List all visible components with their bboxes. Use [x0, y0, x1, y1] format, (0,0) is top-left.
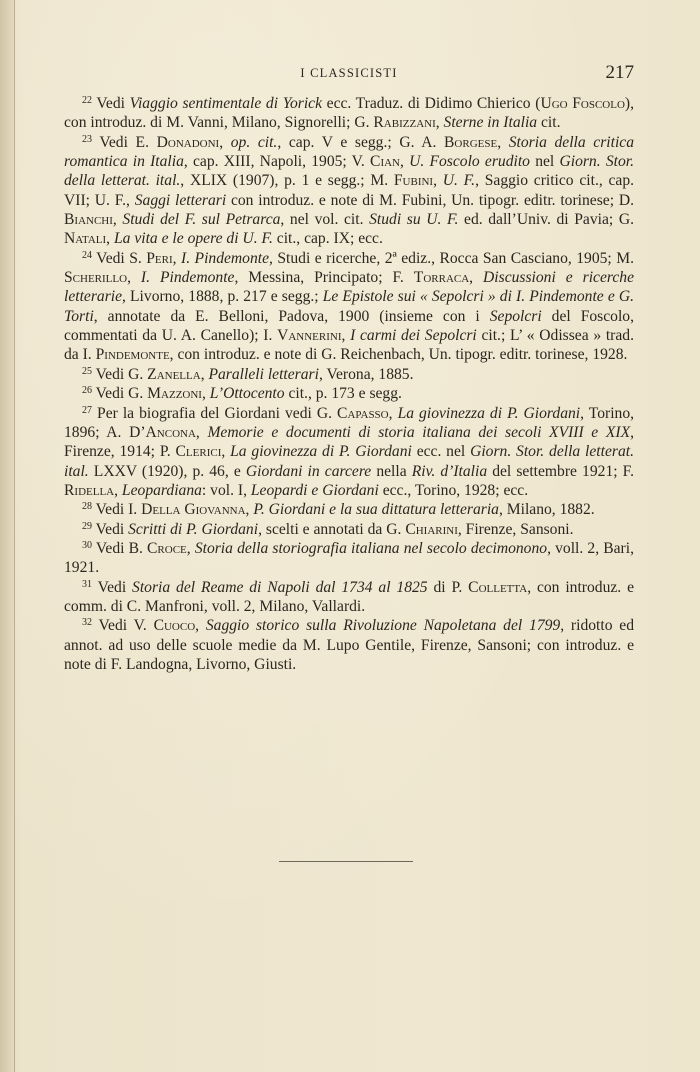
- footnote: 27 Per la biografia del Giordani vedi G.…: [64, 404, 634, 501]
- text-run: ,: [221, 443, 230, 460]
- text-run: ,: [113, 211, 123, 228]
- text-run: , Verona, 1885.: [319, 366, 414, 383]
- text-run: ,: [127, 269, 141, 286]
- footnote: 22 Vedi Viaggio sentimentale di Yorick e…: [64, 94, 634, 133]
- text-run: : vol. I,: [202, 482, 251, 499]
- text-run: ,: [342, 327, 351, 344]
- author-name: Croce: [147, 540, 187, 557]
- italic-title: Leopardi e Giordani: [251, 482, 379, 499]
- author-name: Della Giovanna: [141, 501, 245, 518]
- running-head: I CLASSICISTI 217: [64, 62, 634, 84]
- footnote-text: Vedi S. Peri, I. Pindemonte, Studi e ric…: [64, 250, 634, 364]
- text-run: con introduz. e note di M. Fubini, Un. t…: [226, 192, 634, 209]
- text-run: ,: [219, 134, 231, 151]
- text-run: ecc. Traduz. di Didimo Chierico (: [322, 95, 540, 112]
- footnote-text: Vedi G. Zanella, Paralleli letterari, Ve…: [96, 366, 414, 383]
- italic-title: Storia del Reame di Napoli dal 1734 al 1…: [132, 579, 428, 596]
- text-run: di P.: [428, 579, 469, 596]
- italic-title: I carmi dei Sepolcri: [350, 327, 477, 344]
- text-run: cit., p. 173 e segg.: [285, 385, 402, 402]
- footnote: 28 Vedi I. Della Giovanna, P. Giordani e…: [64, 500, 634, 519]
- text-run: Vedi I.: [96, 501, 141, 518]
- italic-title: La giovinezza di P. Gior­dani: [398, 405, 581, 422]
- footnote-text: Vedi G. Mazzoni, L’Ottocento cit., p. 17…: [96, 385, 402, 402]
- author-name: Cuoco: [154, 617, 196, 634]
- footnote-text: Vedi B. Croce, Storia della storiografia…: [64, 540, 634, 576]
- text-run: Vedi G.: [96, 366, 148, 383]
- text-run: Vedi S.: [96, 250, 146, 267]
- author-name: Ugo Foscolo: [540, 95, 624, 112]
- author-name: Pindemonte: [96, 346, 170, 363]
- footnote-text: Vedi Viaggio sentimentale di Yorick ecc.…: [64, 95, 634, 131]
- text-run: cit.: [537, 114, 560, 131]
- author-name: Fu­bini: [394, 172, 433, 189]
- footnote-number: 31: [82, 579, 92, 590]
- footnote-text: Vedi V. Cuoco, Saggio storico sulla Rivo…: [64, 617, 634, 673]
- text-run: ,: [187, 540, 195, 557]
- running-title: I CLASSICISTI: [64, 66, 634, 81]
- author-name: Chiarini: [405, 521, 458, 538]
- text-run: Vedi: [98, 579, 132, 596]
- author-name: Colletta: [468, 579, 527, 596]
- footnote: 24 Vedi S. Peri, I. Pindemonte, Studi e …: [64, 249, 634, 365]
- author-name: Van­nerini: [277, 327, 341, 344]
- author-name: D’Ancona: [129, 424, 196, 441]
- footnote-number: 25: [82, 366, 92, 377]
- text-run: , scelti e annotati da G.: [258, 521, 405, 538]
- footnote-text: Per la biografia del Giordani vedi G. Ca…: [64, 405, 634, 499]
- footnote: 32 Vedi V. Cuoco, Saggio storico sulla R…: [64, 616, 634, 674]
- italic-title: U. F.: [443, 172, 475, 189]
- italic-title: Studi del F. sul Petrarca: [122, 211, 280, 228]
- italic-title: Paralleli letterari: [208, 366, 318, 383]
- text-run: ,: [202, 385, 210, 402]
- text-run: nel: [530, 153, 559, 170]
- footnote: 29 Vedi Scritti di P. Giordani, scelti e…: [64, 520, 634, 539]
- author-name: Borgese: [444, 134, 497, 151]
- author-name: Scherillo: [64, 269, 127, 286]
- text-run: , annotate da E. Belloni, Padova, 1900 (…: [94, 308, 490, 325]
- text-run: Vedi V.: [99, 617, 154, 634]
- footnote-number: 27: [82, 405, 92, 416]
- italic-title: op. cit.: [231, 134, 278, 151]
- text-run: Vedi G.: [96, 385, 148, 402]
- footnote-text: Vedi E. Donadoni, op. cit., cap. V e seg…: [64, 134, 634, 248]
- text-run: Per la biografia del Giordani vedi G.: [97, 405, 337, 422]
- footnote: 25 Vedi G. Zanella, Paralleli letterari,…: [64, 365, 634, 384]
- author-name: Cian: [370, 153, 400, 170]
- italic-title: P. Giordani e la sua dittatura letterari…: [253, 501, 499, 518]
- text-run: ecc. nel: [412, 443, 470, 460]
- author-name: Torraca: [414, 269, 469, 286]
- footnote-number: 26: [82, 385, 92, 396]
- footnote: 31 Vedi Storia del Reame di Napoli dal 1…: [64, 578, 634, 617]
- italic-title: L’Ottocento: [210, 385, 285, 402]
- text-run: , Firenze, Sansoni.: [458, 521, 574, 538]
- author-name: Capasso: [337, 405, 389, 422]
- author-name: Ridella: [64, 482, 114, 499]
- text-run: Vedi E.: [99, 134, 156, 151]
- text-run: ,: [389, 405, 398, 422]
- text-run: , cap. XIII, Napoli, 1905; V.: [184, 153, 370, 170]
- author-name: Zanella: [147, 366, 201, 383]
- italic-title: I. Pindemonte: [141, 269, 235, 286]
- footnote-text: Vedi Scritti di P. Giordani, scelti e an…: [96, 521, 574, 538]
- italic-title: Giordani in carcere: [246, 463, 371, 480]
- text-run: , cap. V e segg.; G. A.: [277, 134, 444, 151]
- italic-title: Studi su U. F.: [369, 211, 458, 228]
- italic-title: Saggio storico sulla Rivoluzione Napolet…: [206, 617, 560, 634]
- text-run: , nel vol. cit.: [280, 211, 369, 228]
- footnote-number: 23: [82, 134, 92, 145]
- text-run: LXXV (1920), p. 46, e: [89, 463, 246, 480]
- text-run: ,: [195, 617, 206, 634]
- end-divider-rule: [279, 861, 413, 862]
- text-run: ,: [497, 134, 509, 151]
- footnotes-list: 22 Vedi Viaggio sentimentale di Yorick e…: [64, 94, 634, 674]
- author-name: Donadoni: [157, 134, 220, 151]
- text-run: ,: [196, 424, 208, 441]
- text-run: nella: [371, 463, 412, 480]
- author-name: Rabizzani: [373, 114, 435, 131]
- italic-title: Scritti di P. Giordani: [128, 521, 258, 538]
- text-run: ,: [114, 482, 122, 499]
- text-run: ,: [173, 250, 181, 267]
- text-run: cit., cap. IX; ecc.: [273, 230, 383, 247]
- book-page: I CLASSICISTI 217 22 Vedi Viaggio sentim…: [0, 0, 700, 1072]
- footnote-number: 28: [82, 501, 92, 512]
- italic-title: Viaggio sentimentale di Yorick: [130, 95, 322, 112]
- italic-title: I. Pindemonte: [181, 250, 269, 267]
- page-number: 217: [606, 62, 635, 84]
- text-run: ecc., Torino, 1928; ecc.: [379, 482, 528, 499]
- footnote-number: 30: [82, 540, 92, 551]
- page-binding-edge: [0, 0, 15, 1072]
- footnote-number: 29: [82, 521, 92, 532]
- author-name: Bianchi: [64, 211, 113, 228]
- italic-title: La giovinezza di P. Gior­dani: [230, 443, 412, 460]
- italic-title: Storia della storiografia italiana nel s…: [195, 540, 547, 557]
- text-run: Vedi: [96, 95, 129, 112]
- author-name: Clerici: [176, 443, 222, 460]
- footnote-number: 32: [82, 617, 92, 628]
- text-run: , Mi­lano, 1882.: [499, 501, 595, 518]
- italic-title: Saggi letterari: [135, 192, 226, 209]
- text-run: ed. dall’Univ. di Pavia; G.: [458, 211, 634, 228]
- text-run: ,: [469, 269, 483, 286]
- footnote: 26 Vedi G. Mazzoni, L’Ottocento cit., p.…: [64, 384, 634, 403]
- italic-title: La vita e le opere di U. F.: [114, 230, 273, 247]
- italic-title: Leopardiana: [122, 482, 202, 499]
- italic-title: Sterne in Italia: [444, 114, 538, 131]
- footnote: 23 Vedi E. Donadoni, op. cit., cap. V e …: [64, 133, 634, 249]
- text-run: del settembre 1921; F.: [487, 463, 634, 480]
- text-run: ,: [400, 153, 409, 170]
- text-run: , con introduz. e note di G. Reichenbach…: [170, 346, 628, 363]
- text-run: , Studi e ricerche, 2ª ediz., Rocca San …: [269, 250, 634, 267]
- text-run: Vedi B.: [96, 540, 147, 557]
- author-name: Peri: [146, 250, 172, 267]
- text-run: , Messina, Principato; F.: [234, 269, 413, 286]
- text-run: ,: [106, 230, 114, 247]
- footnote-number: 22: [82, 95, 92, 106]
- author-name: Natali: [64, 230, 106, 247]
- footnote: 30 Vedi B. Croce, Storia della storiogra…: [64, 539, 634, 578]
- italic-title: Riv. d’Italia: [412, 463, 487, 480]
- text-run: , XLIX (1907), p. 1 e segg.; M.: [180, 172, 394, 189]
- footnote-number: 24: [82, 250, 92, 261]
- text-run: ,: [433, 172, 443, 189]
- text-run: Vedi: [96, 521, 128, 538]
- italic-title: Sepolcri: [490, 308, 542, 325]
- italic-title: U. Foscolo erudito: [409, 153, 530, 170]
- text-run: ,: [436, 114, 444, 131]
- author-name: Mazzoni: [147, 385, 202, 402]
- footnote-text: Vedi I. Della Giovanna, P. Giordani e la…: [96, 501, 595, 518]
- footnote-text: Vedi Storia del Reame di Napoli dal 1734…: [64, 579, 634, 615]
- italic-title: Memorie e documenti di storia italiana d…: [207, 424, 630, 441]
- text-run: , Livorno, 1888, p. 217 e segg.;: [122, 288, 323, 305]
